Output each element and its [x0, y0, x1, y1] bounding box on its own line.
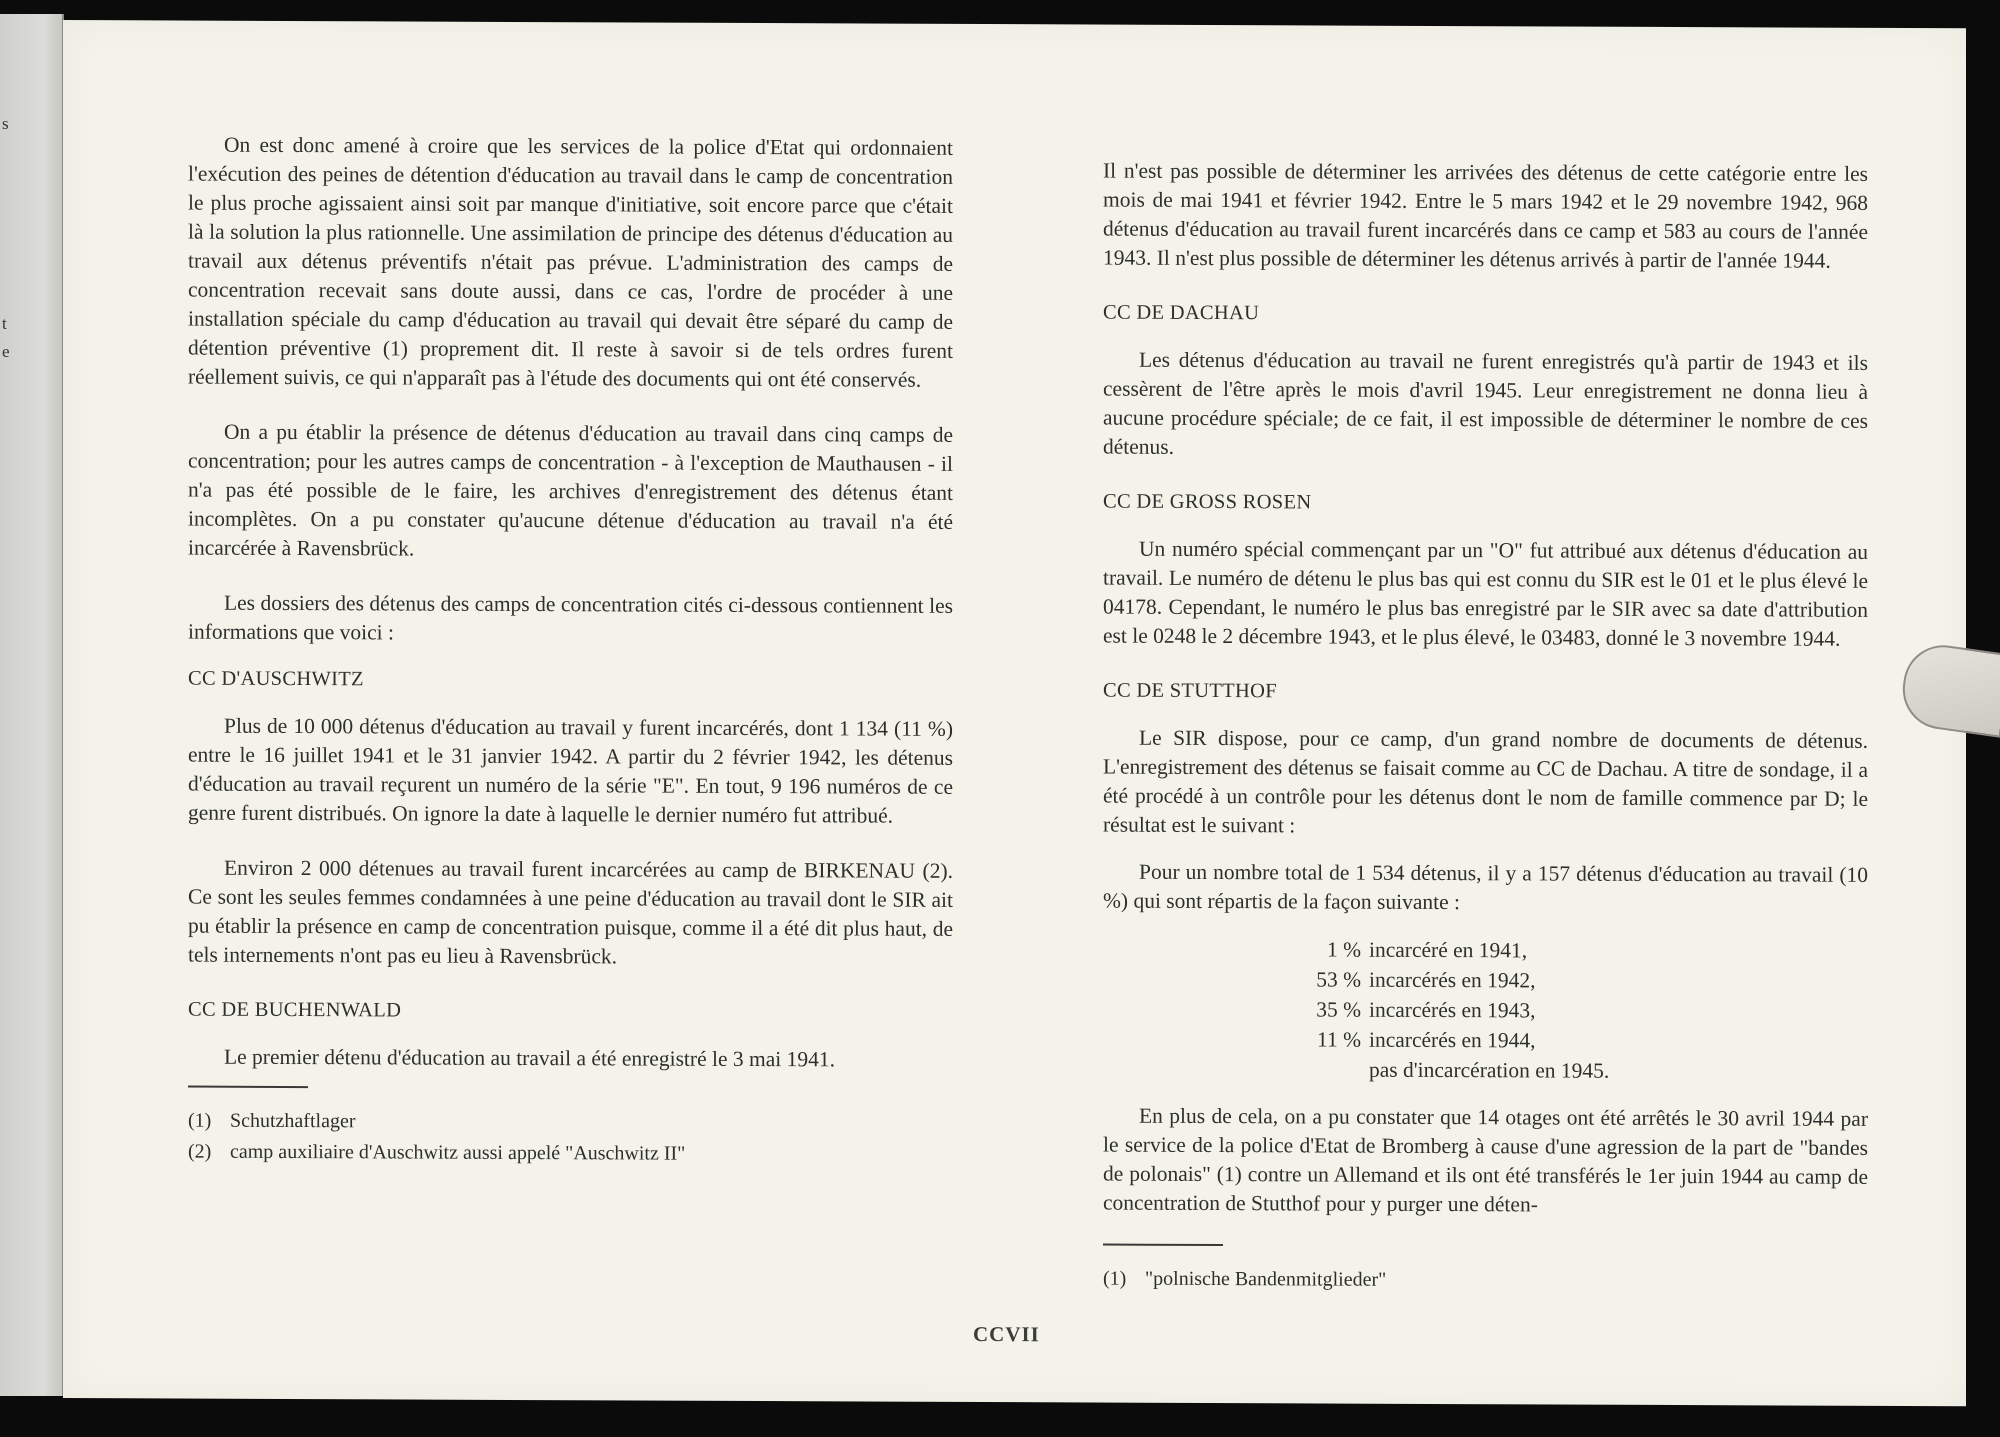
footnote-text: "polnische Bandenmitglieder"	[1145, 1264, 1386, 1296]
footnotes: (1) "polnische Bandenmitglieder"	[1103, 1264, 1868, 1298]
section-heading-gross-rosen: CC DE GROSS ROSEN	[1103, 488, 1868, 520]
section-heading-stutthof: CC DE STUTTHOF	[1103, 677, 1868, 709]
footnote: (1) Schutzhaftlager	[188, 1106, 953, 1140]
footnote-number: (1)	[188, 1106, 230, 1137]
section-heading-dachau: CC DE DACHAU	[1103, 299, 1868, 331]
footnote-rule	[1103, 1244, 1223, 1247]
distribution-item: 35 %incarcérés en 1943,	[1311, 994, 1868, 1026]
paragraph: Environ 2 000 détenues au travail furent…	[188, 854, 953, 973]
previous-page-edge: s t e	[0, 14, 64, 1396]
footnote: (1) "polnische Bandenmitglieder"	[1103, 1264, 1868, 1298]
paragraph: En plus de cela, on a pu constater que 1…	[1103, 1102, 1868, 1221]
footnote: (2) camp auxiliaire d'Auschwitz aussi ap…	[188, 1137, 953, 1171]
paragraph: Il n'est pas possible de déterminer les …	[1103, 157, 1868, 276]
paragraph: Le premier détenu d'éducation au travail…	[188, 1043, 953, 1075]
section-heading-auschwitz: CC D'AUSCHWITZ	[188, 665, 953, 697]
distribution-list: 1 %incarcéré en 1941, 53 %incarcérés en …	[1103, 934, 1868, 1087]
page-number: CCVII	[973, 1322, 1040, 1347]
distribution-item: pas d'incarcération en 1945.	[1311, 1054, 1868, 1086]
paragraph: On est donc amené à croire que les servi…	[188, 131, 953, 395]
paragraph: Pour un nombre total de 1 534 détenus, i…	[1103, 858, 1868, 919]
document-page: On est donc amené à croire que les servi…	[63, 20, 1966, 1406]
paragraph: Un numéro spécial commençant par un "O" …	[1103, 535, 1868, 654]
footnote-number: (1)	[1103, 1264, 1145, 1295]
prev-page-fragment: s	[2, 114, 9, 134]
prev-page-fragment: t	[2, 314, 7, 334]
prev-page-fragment: e	[2, 342, 10, 362]
paragraph: Les détenus d'éducation au travail ne fu…	[1103, 346, 1868, 465]
section-heading-buchenwald: CC DE BUCHENWALD	[188, 996, 953, 1028]
footnote-text: camp auxiliaire d'Auschwitz aussi appelé…	[230, 1137, 685, 1170]
paragraph: On a pu établir la présence de détenus d…	[188, 418, 953, 566]
paragraph: Les dossiers des détenus des camps de co…	[188, 589, 953, 650]
right-column: Il n'est pas possible de déterminer les …	[1103, 157, 1868, 1298]
footnote-text: Schutzhaftlager	[230, 1106, 356, 1138]
footnote-rule	[188, 1086, 308, 1089]
distribution-item: 1 %incarcéré en 1941,	[1311, 934, 1868, 966]
distribution-item: 11 %incarcérés en 1944,	[1311, 1024, 1868, 1056]
paragraph: Plus de 10 000 détenus d'éducation au tr…	[188, 712, 953, 831]
left-column: On est donc amené à croire que les servi…	[188, 131, 953, 1171]
footnote-number: (2)	[188, 1137, 230, 1168]
distribution-item: 53 %incarcérés en 1942,	[1311, 964, 1868, 996]
paragraph: Le SIR dispose, pour ce camp, d'un grand…	[1103, 724, 1868, 843]
footnotes: (1) Schutzhaftlager (2) camp auxiliaire …	[188, 1106, 953, 1171]
